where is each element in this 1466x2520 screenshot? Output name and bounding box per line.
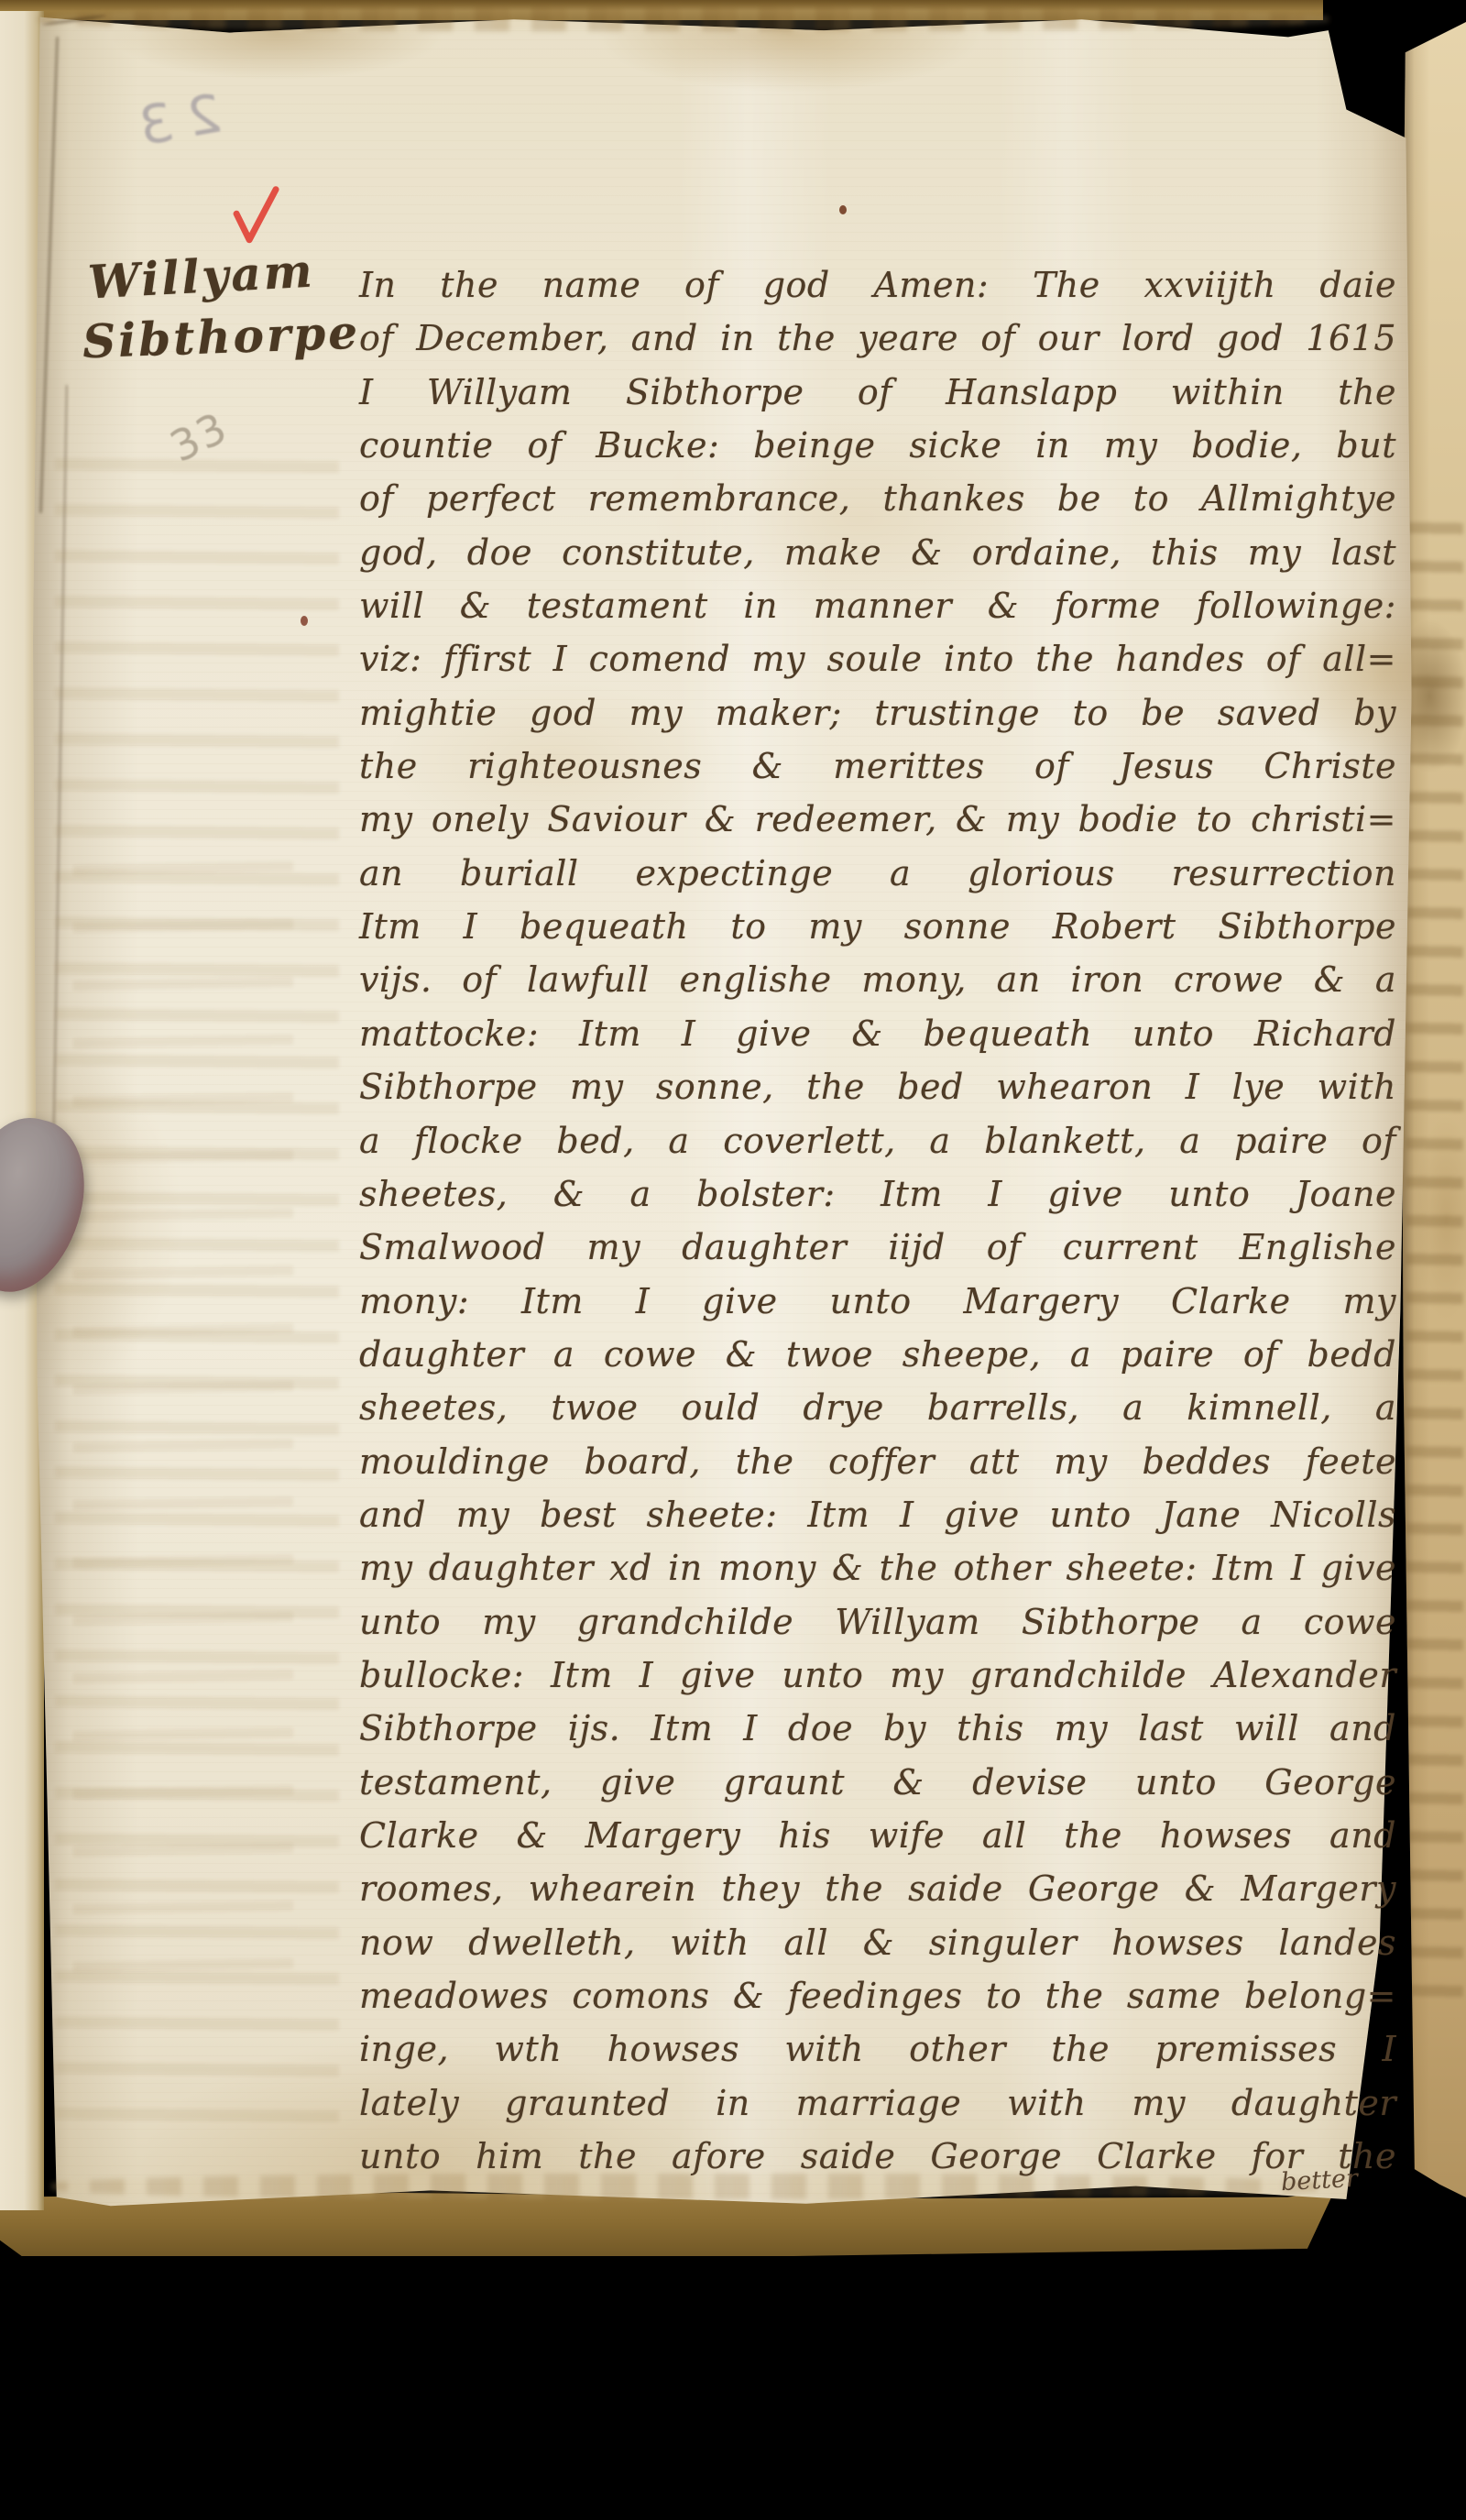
manuscript-text-block: In the name of god Amen: The xxviijth da… xyxy=(359,258,1396,2183)
manuscript-line: god, doe constitute, make & ordaine, thi… xyxy=(359,526,1396,579)
manuscript-line: Clarke & Margery his wife all the howses… xyxy=(359,1809,1396,1862)
manuscript-line: mouldinge board, the coffer att my bedde… xyxy=(359,1435,1396,1488)
showthrough-writing xyxy=(73,825,293,2016)
manuscript-line: meadowes comons & feedinges to the same … xyxy=(359,1969,1396,2022)
manuscript-line: Itm I bequeath to my sonne Robert Sibtho… xyxy=(359,900,1396,953)
manuscript-line: an buriall expectinge a glorious resurre… xyxy=(359,847,1396,900)
catchword: better xyxy=(1280,2164,1358,2197)
manuscript-line: testament, give graunt & devise unto Geo… xyxy=(359,1756,1396,1809)
manuscript-line: Sibthorpe ijs. Itm I doe by this my last… xyxy=(359,1702,1396,1755)
manuscript-line: viz: ffirst I comend my soule into the h… xyxy=(359,632,1396,685)
manuscript-line: mightie god my maker; trustinge to be sa… xyxy=(359,686,1396,740)
manuscript-line: of December, and in the yeare of our lor… xyxy=(359,312,1396,365)
adjacent-page-edge xyxy=(1400,22,1466,2197)
manuscript-line: daughter a cowe & twoe sheepe, a paire o… xyxy=(359,1328,1396,1381)
background-bottom xyxy=(0,2256,1466,2520)
adjacent-page-ghost-writing xyxy=(1406,500,1463,2023)
manuscript-line: unto him the afore saide George Clarke f… xyxy=(359,2130,1396,2183)
manuscript-line: I Willyam Sibthorpe of Hanslapp within t… xyxy=(359,366,1396,419)
manuscript-line: sheetes, & a bolster: Itm I give unto Jo… xyxy=(359,1167,1396,1221)
manuscript-line: sheetes, twoe ould drye barrells, a kimn… xyxy=(359,1381,1396,1434)
manuscript-line: my onely Saviour & redeemer, & my bodie … xyxy=(359,793,1396,846)
page-top-deckle-edge xyxy=(38,7,1329,31)
ink-fleck xyxy=(301,616,308,626)
manuscript-line: countie of Bucke: beinge sicke in my bod… xyxy=(359,419,1396,472)
manuscript-line: a flocke bed, a coverlett, a blankett, a… xyxy=(359,1114,1396,1167)
manuscript-line: lately graunted in marriage with my daug… xyxy=(359,2076,1396,2130)
margin-testator-name-line2: Sibthorpe xyxy=(82,305,361,369)
manuscript-line: the righteousnes & merittes of Jesus Chr… xyxy=(359,740,1396,793)
ink-fleck xyxy=(839,205,847,214)
manuscript-photo: 23 Willyam Sibthorpe 33 In the name of g… xyxy=(0,0,1466,2520)
manuscript-line: will & testament in manner & forme follo… xyxy=(359,579,1396,632)
manuscript-line: In the name of god Amen: The xxviijth da… xyxy=(359,258,1396,312)
manuscript-line: mony: Itm I give unto Margery Clarke my xyxy=(359,1275,1396,1328)
manuscript-line: of perfect remembrance, thankes be to Al… xyxy=(359,472,1396,525)
manuscript-line: mattocke: Itm I give & bequeath unto Ric… xyxy=(359,1007,1396,1060)
manuscript-line: roomes, whearein they the saide George &… xyxy=(359,1862,1396,1915)
manuscript-line: my daughter xd in mony & the other sheet… xyxy=(359,1541,1396,1594)
manuscript-line: bullocke: Itm I give unto my grandchilde… xyxy=(359,1649,1396,1702)
manuscript-line: and my best sheete: Itm I give unto Jane… xyxy=(359,1488,1396,1541)
manuscript-line: vijs. of lawfull englishe mony, an iron … xyxy=(359,953,1396,1006)
manuscript-line: Smalwood my daughter iijd of current Eng… xyxy=(359,1221,1396,1274)
manuscript-line: unto my grandchilde Willyam Sibthorpe a … xyxy=(359,1595,1396,1649)
red-checkmark-icon xyxy=(232,182,281,250)
manuscript-line: now dwelleth, with all & singuler howses… xyxy=(359,1916,1396,1969)
manuscript-line: inge, wth howses with other the premisse… xyxy=(359,2022,1396,2076)
manuscript-line: Sibthorpe my sonne, the bed whearon I ly… xyxy=(359,1060,1396,1113)
